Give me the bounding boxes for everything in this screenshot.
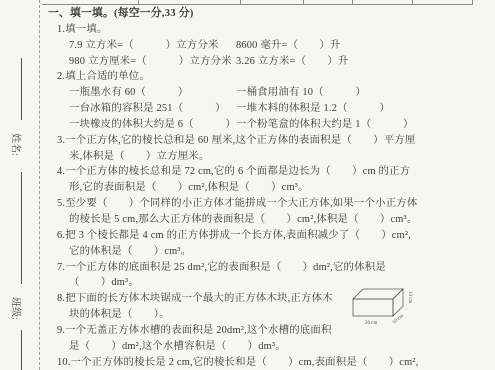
binding-dashed-line: [39, 0, 40, 370]
worksheet-line: 的棱长是 5 cm,那么大正方体的表面积是（ ）cm²,体积是（ ）cm³。: [46, 212, 490, 228]
worksheet-line: 块的体积是（ ）。: [46, 307, 490, 323]
worksheet-line: 2.填上合适的单位。: [46, 69, 490, 85]
worksheet-content: 一、填一填。(每空一分,33 分)1.填一填。7.9 立方米=（ ）立方分米86…: [46, 6, 490, 370]
name-label: 姓名:: [10, 127, 25, 163]
worksheet-line: 一块橡皮的体积大约是 6（ ）一个粉笔盒的体积大约是 1（ ）: [46, 117, 490, 133]
worksheet-line-col: 一桶食用油有 10（ ）: [236, 85, 366, 101]
worksheet-line-col: 980 立方厘米=（ ）立方分米: [69, 54, 232, 70]
worksheet-line: 它的体积是（ ）cm³。: [46, 244, 490, 260]
worksheet-line: 4.一个正方体的棱长总和是 72 cm,它的 6 个面都是边长为（ ）cm 的正…: [46, 164, 490, 180]
cuboid-height-label: 10 cm: [407, 291, 412, 303]
worksheet-line-col: 一台冰箱的容积是 251（ ）: [69, 101, 226, 117]
worksheet-line: 7.9 立方米=（ ）立方分米8600 毫升=（ ）升: [46, 38, 490, 54]
worksheet-line: 形,它的表面积是（ ）cm²,体积是（ ）cm³。: [46, 180, 490, 196]
worksheet-line-col: 8600 毫升=（ ）升: [236, 38, 341, 54]
name-blank-line: [21, 172, 22, 284]
cuboid-side-face: [393, 289, 403, 316]
worksheet-line: （ ）dm³。: [46, 275, 490, 291]
worksheet-line-col: 一块橡皮的体积大约是 6（ ）: [69, 117, 236, 133]
worksheet-line: 一瓶墨水有 60（ ）一桶食用油有 10（ ）: [46, 85, 490, 101]
worksheet-line: 3.一个正方体,它的棱长总和是 60 厘米,这个正方体的表面积是（ ）平方厘: [46, 133, 490, 149]
worksheet-line-col: 一瓶墨水有 60（ ）: [69, 85, 189, 101]
worksheet-line: 米,体积是（ ）立方厘米。: [46, 149, 490, 165]
class-label: 班级:: [10, 291, 25, 327]
worksheet-line-col: 一个粉笔盒的体积大约是 1（ ）: [236, 117, 414, 133]
worksheet-line-col: 7.9 立方米=（ ）立方分米: [69, 38, 219, 54]
score-table-divider: [138, 0, 139, 5]
score-table-divider: [303, 0, 304, 5]
cuboid-front-face: [353, 299, 393, 316]
score-table-divider: [240, 0, 241, 5]
cuboid-top-face: [353, 289, 403, 299]
worksheet-line: 9.一个无盖正方体水槽的表面积是 20dm²,这个水槽的底面积: [46, 323, 490, 339]
worksheet-line: 980 立方厘米=（ ）立方分米3.26 立方米=（ ）升: [46, 54, 490, 70]
score-table-divider: [412, 0, 413, 5]
score-table-divider: [472, 0, 473, 5]
worksheet-line: 7.一个正方体的底面积是 25 dm²,它的表面积是（ ）dm²,它的体积是: [46, 260, 490, 276]
worksheet-line-col: 一堆木料的体积是 1.2（ ）: [236, 101, 390, 117]
class-blank-line: [21, 330, 22, 370]
worksheet-line: 一台冰箱的容积是 251（ ）一堆木料的体积是 1.2（ ）: [46, 101, 490, 117]
worksheet-line: 1.填一填。: [46, 22, 490, 38]
score-table-bottom-rule: [42, 4, 473, 5]
worksheet-line-col: 3.26 立方米=（ ）升: [236, 54, 349, 70]
worksheet-page: 姓名: 班级: 一、填一填。(每空一分,33 分)1.填一填。7.9 立方米=（…: [0, 0, 495, 370]
worksheet-line: 8.把下面的长方体木块锯成一个最大的正方体木块,正方体木: [46, 291, 490, 307]
worksheet-line: 是（ ）dm²,这个水槽容积是（ ）dm³。: [46, 339, 490, 355]
section-title: 一、填一填。(每空一分,33 分): [46, 6, 490, 22]
score-table-divider: [352, 0, 353, 5]
cuboid-figure: 26 cm 10 cm 10 cm: [349, 283, 413, 329]
cuboid-length-label: 26 cm: [365, 321, 377, 326]
worksheet-line: 5.至少要（ ）个同样的小正方体才能拼成一个大正方体,如果一个小正方体: [46, 196, 490, 212]
name-blank-line: [21, 58, 22, 120]
worksheet-line: 10.一个正方体的棱长是 2 cm,它的棱长和是（ ）cm,表面积是（ ）cm²…: [46, 355, 490, 370]
worksheet-line: 6.把 3 个棱长都是 4 cm 的正方体拼成一个长方体,表面积减少了（ ）cm…: [46, 228, 490, 244]
